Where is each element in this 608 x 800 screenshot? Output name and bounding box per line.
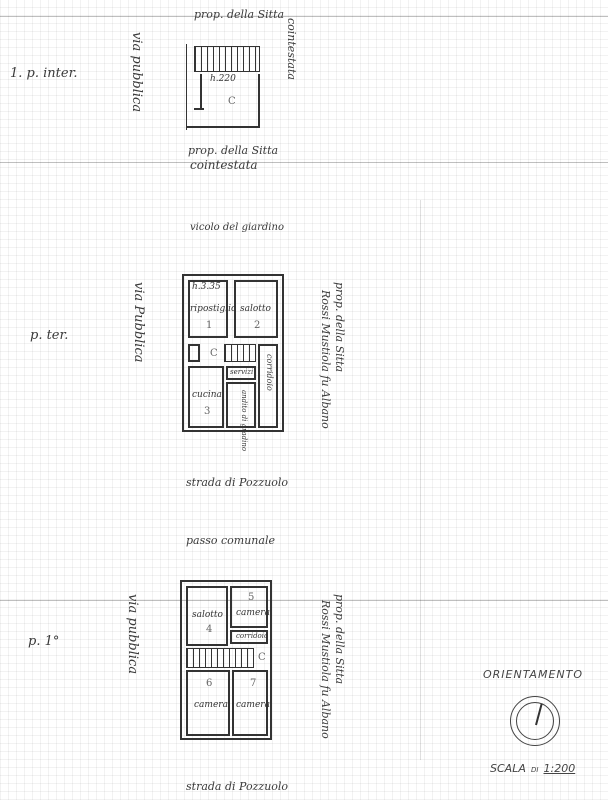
street-label-strada-di-pozzuolo: strada di Pozzuolo (186, 476, 288, 489)
staircase (186, 648, 254, 668)
grid-rule (0, 600, 608, 601)
neighbor-label-bottom-2: cointestata (190, 158, 258, 172)
neighbor-label-top: prop. della Sitta (194, 8, 284, 21)
neighbor-label-right: prop. della Sitta (333, 282, 346, 372)
label-passo-comunale: passo comunale (186, 534, 275, 547)
floor-label-interrato: 1. p. inter. (10, 66, 78, 81)
room-cucina: cucina 3 (188, 366, 224, 428)
street-label-strada-di-pozzuolo: strada di Pozzuolo (186, 780, 288, 793)
neighbor-label-right-2: Rossi Mustiola fu Albano (319, 600, 332, 739)
room-camera-5: camera 5 (230, 586, 268, 628)
neighbor-label-bottom: prop. della Sitta (188, 144, 278, 157)
street-label-via-pubblica: via pubblica (125, 594, 140, 674)
street-label-via-pubblica: via Pubblica (131, 282, 146, 363)
room-servizi: servizi (226, 366, 256, 380)
floor-label-primo: p. 1° (28, 634, 59, 649)
room-ripostiglio: h.3.35 ripostiglio 1 (188, 280, 228, 338)
room-andito: andito di gradino (226, 382, 256, 428)
orientation-label: ORIENTAMENTO (483, 668, 583, 681)
compass-icon (510, 696, 560, 746)
room-height: h.220 (210, 74, 236, 84)
room-camera-7: 7 camera (232, 670, 268, 736)
floor-plan-terra: h.3.35 ripostiglio 1 salotto 2 C corrido… (182, 274, 284, 432)
floor-plan-primo: salotto 4 camera 5 corridoio C 6 camera … (180, 580, 272, 740)
room-salotto: salotto 2 (234, 280, 278, 338)
room-c: C (258, 652, 266, 663)
neighbor-label-right: cointestata (285, 18, 298, 80)
room-salotto: salotto 4 (186, 586, 228, 646)
scale-label: SCALA DI 1:200 (490, 757, 575, 776)
room-corridoio: corridoio (258, 344, 278, 428)
room-number: C (228, 96, 236, 107)
room-servizi-small (188, 344, 200, 362)
staircase (194, 46, 260, 72)
grid-rule (420, 200, 421, 760)
room-c: C (210, 348, 218, 359)
grid-rule (0, 162, 608, 163)
floor-label-terra: p. ter. (30, 328, 68, 343)
neighbor-label-right-2: Rossi Mustiola fu Albano (319, 290, 332, 429)
staircase (224, 344, 256, 362)
floor-plan-interrato: h.220 C (184, 44, 260, 130)
street-label-via-pubblica: via pubblica (129, 32, 144, 112)
street-label-vicolo-del-giardino: vicolo del giardino (190, 222, 284, 233)
neighbor-label-right: prop. della Sitta (333, 594, 346, 684)
room-camera-6: 6 camera (186, 670, 230, 736)
room-corridoio: corridoio (230, 630, 268, 644)
grid-rule (0, 16, 608, 17)
